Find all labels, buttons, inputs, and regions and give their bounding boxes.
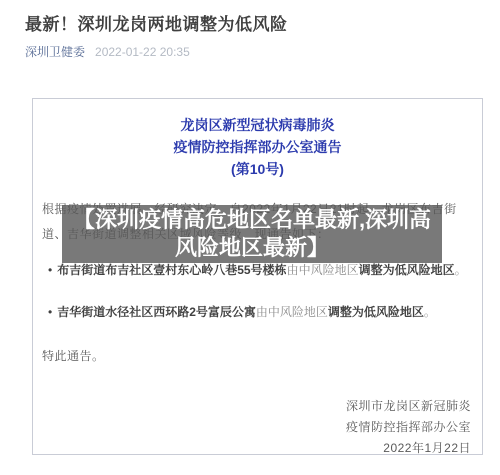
article-page: 最新！深圳龙岗两地调整为低风险 深圳卫健委2022-01-22 20:35 龙岗… [0, 0, 500, 475]
list-item: • 布吉街道布吉社区壹村东心岭八巷55号楼栋由中风险地区调整为低风险地区。 [48, 262, 472, 279]
bullet-location: 布吉街道布吉社区壹村东心岭八巷55号楼栋 [57, 263, 286, 277]
publish-timestamp: 2022-01-22 20:35 [95, 45, 190, 59]
bullet-icon: • [48, 262, 52, 279]
bullet-period: 。 [424, 305, 436, 319]
notice-heading-line2: 疫情防控指挥部办公室通告 [33, 136, 482, 158]
article-meta: 深圳卫健委2022-01-22 20:35 [25, 43, 190, 60]
signature-line2: 疫情防控指挥部办公室 [346, 417, 471, 438]
notice-heading-line3: (第10号) [33, 158, 482, 180]
page-title: 最新！深圳龙岗两地调整为低风险 [25, 10, 480, 35]
notice-card: 龙岗区新型冠状病毒肺炎 疫情防控指挥部办公室通告 (第10号) 根据疫情处置进展… [32, 98, 483, 455]
notice-heading: 龙岗区新型冠状病毒肺炎 疫情防控指挥部办公室通告 (第10号) [33, 114, 482, 180]
bullet-icon: • [48, 304, 52, 321]
bullet-action: 调整为低风险地区 [359, 263, 455, 277]
bullet-action: 调整为低风险地区 [328, 305, 424, 319]
bullet-from: 由中风险地区 [256, 305, 328, 319]
signature-date: 2022年1月22日 [346, 438, 471, 459]
watermark-overlay: 【深圳疫情高危地区名单最新,深圳高风险地区最新】 [62, 205, 442, 263]
bullet-period: 。 [455, 263, 467, 277]
bullet-from: 由中风险地区 [287, 263, 359, 277]
notice-closing: 特此通告。 [42, 347, 105, 364]
source-account-link[interactable]: 深圳卫健委 [25, 45, 85, 59]
bullet-text: 吉华街道水径社区西环路2号富辰公寓由中风险地区调整为低风险地区。 [57, 304, 436, 321]
notice-heading-line1: 龙岗区新型冠状病毒肺炎 [33, 114, 482, 136]
signature-line1: 深圳市龙岗区新冠肺炎 [346, 396, 471, 417]
notice-signature: 深圳市龙岗区新冠肺炎 疫情防控指挥部办公室 2022年1月22日 [346, 396, 471, 459]
overlay-caption: 【深圳疫情高危地区名单最新,深圳高风险地区最新】 [64, 206, 440, 262]
bullet-text: 布吉街道布吉社区壹村东心岭八巷55号楼栋由中风险地区调整为低风险地区。 [57, 262, 466, 279]
bullet-location: 吉华街道水径社区西环路2号富辰公寓 [57, 305, 256, 319]
list-item: • 吉华街道水径社区西环路2号富辰公寓由中风险地区调整为低风险地区。 [48, 304, 472, 321]
